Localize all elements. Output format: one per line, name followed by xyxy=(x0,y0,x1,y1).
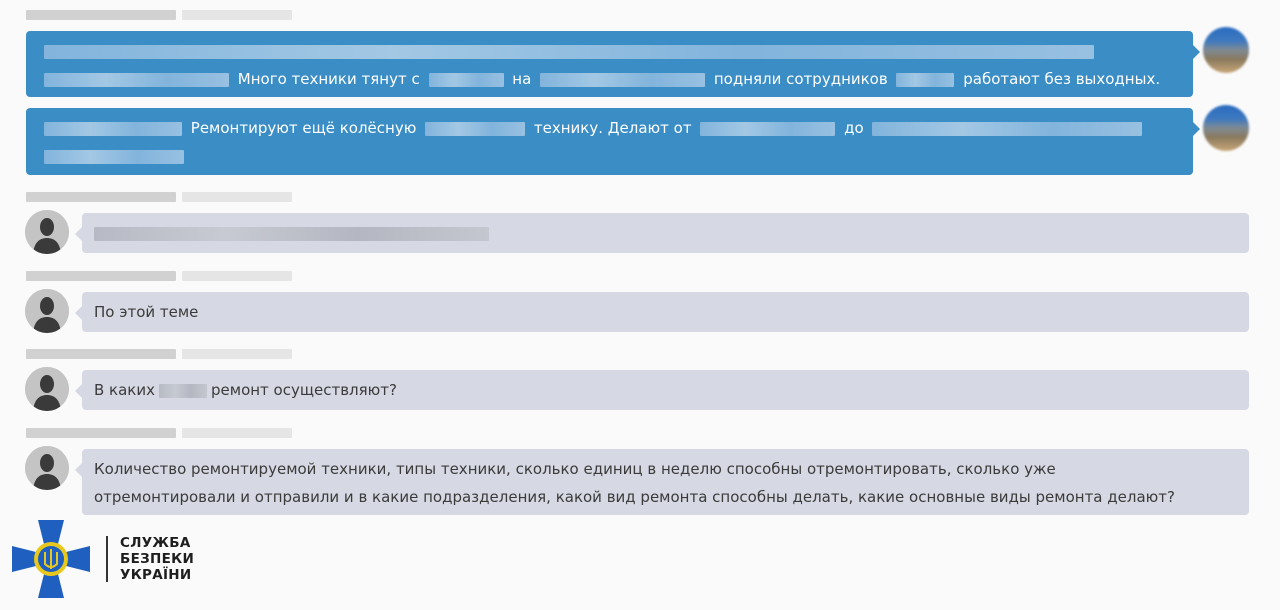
message-line: Много техники тянут с на подняли сотрудн… xyxy=(40,65,1179,93)
message-line: Количество ремонтируемой техники, типы т… xyxy=(94,455,1237,483)
avatar-placeholder xyxy=(25,446,69,490)
redacted-text xyxy=(44,73,229,87)
person-silhouette-icon xyxy=(25,210,69,254)
person-silhouette-icon xyxy=(25,446,69,490)
ssu-logo: СЛУЖБА БЕЗПЕКИ УКРАЇНИ xyxy=(10,518,194,600)
sender-meta-redacted xyxy=(26,347,292,361)
message-text: на xyxy=(512,70,531,88)
sender-meta-redacted xyxy=(26,190,292,204)
message-incoming xyxy=(82,213,1249,253)
message-text: подняли сотрудников xyxy=(714,70,888,88)
sender-meta-redacted xyxy=(26,426,292,440)
message-incoming: В какихремонт осуществляют? xyxy=(82,370,1249,410)
avatar-placeholder xyxy=(25,367,69,411)
ssu-emblem-icon xyxy=(10,518,92,600)
avatar-redacted xyxy=(1203,27,1249,73)
avatar-placeholder xyxy=(25,289,69,333)
person-silhouette-icon xyxy=(25,367,69,411)
redacted-text xyxy=(896,73,954,87)
logo-line: СЛУЖБА xyxy=(120,535,194,551)
message-text: В каких xyxy=(94,381,155,399)
redacted-text xyxy=(429,73,504,87)
message-incoming: Количество ремонтируемой техники, типы т… xyxy=(82,449,1249,515)
logo-line: УКРАЇНИ xyxy=(120,567,194,583)
redacted-text xyxy=(44,45,1094,59)
redacted-text xyxy=(44,122,182,136)
avatar-redacted xyxy=(1203,105,1249,151)
redacted-text xyxy=(159,384,207,398)
message-text: Много техники тянут с xyxy=(238,70,420,88)
logo-line: БЕЗПЕКИ xyxy=(120,551,194,567)
sender-meta-redacted xyxy=(26,269,292,283)
redacted-text xyxy=(872,122,1142,136)
redacted-text xyxy=(540,73,705,87)
message-line: отремонтировали и отправили и в какие по… xyxy=(94,483,1237,511)
message-line: Ремонтируют ещё колёсную технику. Делают… xyxy=(40,114,1179,142)
avatar-placeholder xyxy=(25,210,69,254)
message-text: ремонт осуществляют? xyxy=(211,381,397,399)
message-text: Ремонтируют ещё колёсную xyxy=(191,119,417,137)
message-incoming: По этой теме xyxy=(82,292,1249,332)
sender-meta-redacted xyxy=(26,8,292,22)
message-text: до xyxy=(844,119,864,137)
message-outgoing: Много техники тянут с на подняли сотрудн… xyxy=(26,31,1193,97)
redacted-text xyxy=(44,150,184,164)
person-silhouette-icon xyxy=(25,289,69,333)
logo-divider xyxy=(106,536,108,582)
message-text: технику. Делают от xyxy=(534,119,692,137)
message-text: работают без выходных. xyxy=(963,70,1160,88)
logo-text: СЛУЖБА БЕЗПЕКИ УКРАЇНИ xyxy=(120,535,194,583)
redacted-text xyxy=(425,122,525,136)
redacted-text xyxy=(700,122,835,136)
message-outgoing: Ремонтируют ещё колёсную технику. Делают… xyxy=(26,108,1193,175)
message-text: По этой теме xyxy=(94,303,198,321)
message-line xyxy=(40,142,1179,170)
message-line xyxy=(40,37,1179,65)
redacted-text xyxy=(94,227,489,241)
